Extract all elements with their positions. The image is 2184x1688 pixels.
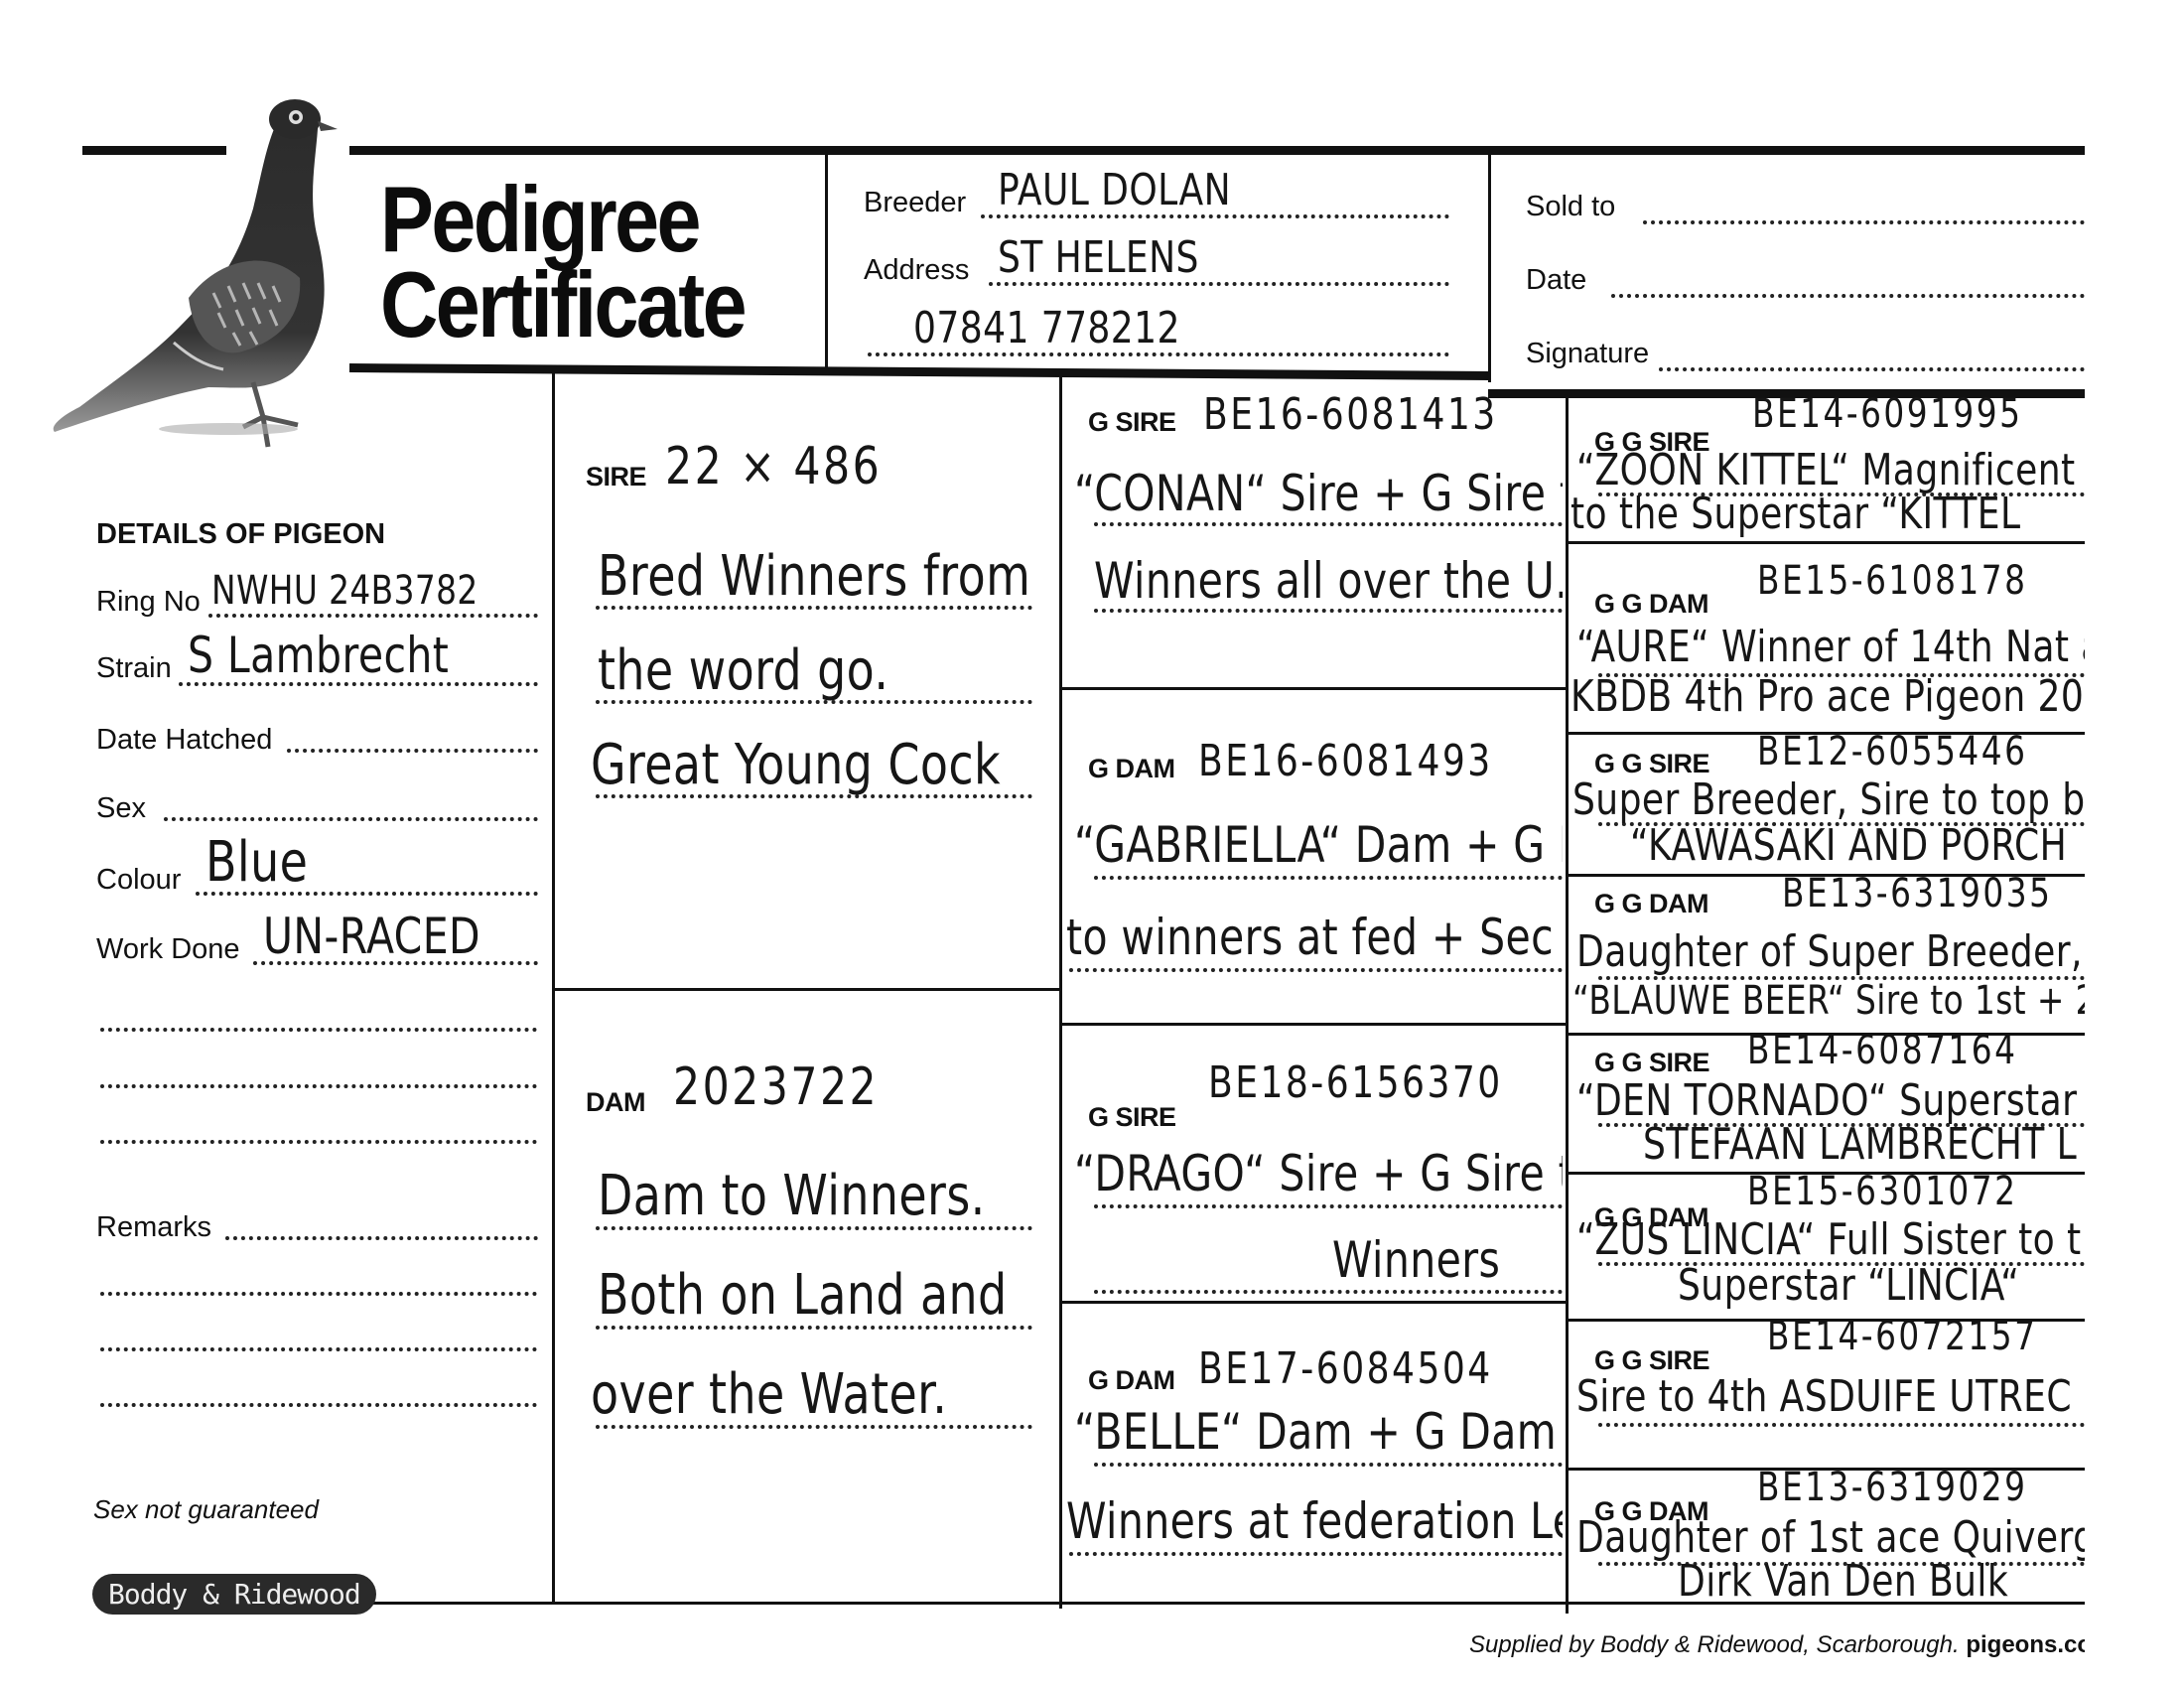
header-divider-1 [825,154,828,370]
great-granddam-1: G G DAM BE15-6108178 “AURE“ Winner of 14… [1569,544,2085,731]
great-granddam-1-label: G G DAM [1594,589,1708,620]
column-divider-details [552,369,555,1604]
grandsire-2-ring: BE18-6156370 [1208,1057,1503,1108]
extra-line-2[interactable] [100,1084,537,1088]
grandsire-2-line-2 [1094,1290,1563,1294]
sire-note-2: the word go. [598,638,888,703]
work-done-value: UN-RACED [263,908,480,965]
column-divider-parents [1059,375,1062,1609]
sire-note-3: Great Young Cock [591,733,1001,797]
extra-line-1[interactable] [100,1028,537,1032]
sold-to-label: Sold to [1526,191,1615,223]
bottom-rule [367,1602,2085,1605]
dam-note-1: Dam to Winners. [598,1164,986,1228]
granddam-2-label: G DAM [1088,1365,1175,1396]
grandparent-divider-3 [1061,1301,1566,1304]
grandparent-divider-1 [1061,687,1566,690]
footer-website-link[interactable]: pigeons.co [1966,1631,2085,1658]
great-granddam-2-label: G G DAM [1594,889,1708,919]
signature-field[interactable]: Signature [1526,336,2085,379]
ring-no-label: Ring No [96,586,201,619]
great-grandsire-4-line-1 [1598,1423,2085,1427]
granddam-1-note-2: to winners at fed + Sec level [1066,909,1563,966]
granddam-2-line-2 [1069,1552,1563,1556]
grandsire-2-note-2: Winners [1332,1231,1500,1289]
date-field[interactable]: Date [1526,262,2085,306]
grandsire-1-label: G SIRE [1088,407,1176,438]
great-grandsire-2: G G SIRE BE12-6055446 Super Breeder, Sir… [1569,735,2085,872]
work-done-label: Work Done [96,933,240,966]
address-label: Address [864,254,969,287]
top-rule-main [349,146,2085,155]
great-grandsire-3-note-2: STEFAAN LAMBRECHT L [1643,1119,2077,1170]
phone-field[interactable]: 07841 778212 [864,303,1449,357]
page-title: Pedigree Certificate [380,177,745,348]
great-granddam-1-ring: BE15-6108178 [1757,558,2027,604]
signature-dotted-line [1659,367,2085,371]
great-grandsire-4: G G SIRE BE14-6072157 Sire to 4th ASDUIF… [1569,1322,2085,1466]
breeder-label: Breeder [864,187,966,219]
great-grandsire-4-note-1: Sire to 4th ASDUIFE UTREC [1576,1371,2072,1422]
remarks-label: Remarks [96,1211,211,1244]
great-grandsire-1-note-2: to the Superstar “KITTEL [1570,489,2020,539]
dam-ring: 2023722 [673,1057,879,1117]
grandparent-divider-2 [1061,1023,1566,1026]
granddam-2-note-2: Winners at federation Level [1066,1492,1563,1550]
sire-label: SIRE [586,462,646,492]
great-grandsire-2-note-2: “KAWASAKI AND PORCH [1630,820,2067,871]
header-bottom-rule [349,363,1491,380]
date-dotted-line [1611,294,2085,298]
remarks-field[interactable]: Remarks [96,1209,538,1249]
dam-label: DAM [586,1087,645,1118]
phone-value: 07841 778212 [913,303,1180,353]
great-granddam-2-ring: BE13-6319035 [1782,877,2052,916]
great-granddam-2: G G DAM BE13-6319035 Daughter of Super B… [1569,877,2085,1031]
great-grandsire-4-ring: BE14-6072157 [1767,1322,2037,1359]
sex-not-guaranteed-note: Sex not guaranteed [93,1494,319,1525]
great-granddam-3-note-1: “ZUS LINCIA“ Full Sister to t [1576,1214,2082,1265]
strain-value: S Lambrecht [188,627,449,684]
sire-dam-divider [554,988,1060,991]
header-divider-2 [1488,154,1491,382]
remarks-line-3[interactable] [100,1347,537,1351]
breeder-value: PAUL DOLAN [998,165,1231,215]
sire-ring: 22 × 486 [665,437,882,496]
great-granddam-3: G G DAM BE15-6301072 “ZUS LINCIA“ Full S… [1569,1175,2085,1317]
dam-note-2: Both on Land and [598,1263,1008,1328]
granddam-2-line-1 [1094,1463,1563,1467]
date-label: Date [1526,264,1586,297]
ring-no-value: NWHU 24B3782 [211,568,478,614]
great-granddam-4-ring: BE13-6319029 [1757,1471,2027,1510]
granddam-1: G DAM BE16-6081493 “GABRIELLA“ Dam + G D… [1064,692,1563,1020]
great-granddam-4: G G DAM BE13-6319029 Daughter of 1st ace… [1569,1471,2085,1600]
great-grandsire-2-ring: BE12-6055446 [1757,735,2027,774]
great-granddam-1-note-1: “AURE“ Winner of 14th Nat ace [1576,622,2085,672]
granddam-1-ring: BE16-6081493 [1198,736,1493,786]
strain-label: Strain [96,652,172,685]
extra-line-3[interactable] [100,1140,537,1144]
grandsire-1: G SIRE BE16-6081413 “CONAN“ Sire + G Sir… [1064,395,1563,683]
grandsire-2-note-1: “DRAGO“ Sire + G Sire to [1074,1145,1563,1202]
colour-field[interactable]: Colour Blue [96,856,538,901]
granddam-1-note-1: “GABRIELLA“ Dam + G Dam [1074,816,1563,874]
sex-label: Sex [96,792,146,825]
grandsire-1-note-2: Winners all over the U.K [1094,552,1563,610]
remarks-dotted-line [225,1236,538,1240]
footer-supplied-by: Supplied by Boddy & Ridewood, Scarboroug… [1469,1631,2085,1659]
dam-section: DAM 2023722 Dam to Winners. Both on Land… [586,1053,1032,1569]
granddam-1-line-1 [1094,876,1563,880]
grandsire-1-line-1 [1094,522,1563,526]
address-field[interactable]: Address ST HELENS [864,238,1449,288]
granddam-2: G DAM BE17-6084504 “BELLE“ Dam + G Dam t… [1064,1306,1563,1600]
date-hatched-label: Date Hatched [96,724,272,757]
granddam-2-note-1: “BELLE“ Dam + G Dam to [1074,1403,1563,1461]
great-grandsire-1-ring: BE14-6091995 [1752,397,2022,437]
signature-label: Signature [1526,338,1649,370]
granddam-1-line-2 [1069,968,1563,972]
colour-label: Colour [96,864,181,897]
great-grandsire-3: G G SIRE BE14-6087164 “DEN TORNADO“ Supe… [1569,1036,2085,1170]
great-granddam-1-note-2: KBDB 4th Pro ace Pigeon 20 [1570,671,2084,722]
details-heading: DETAILS OF PIGEON [96,518,385,551]
boddy-ridewood-logo: Boddy & Ridewood [92,1574,376,1615]
grandsire-2: G SIRE BE18-6156370 “DRAGO“ Sire + G Sir… [1064,1028,1563,1298]
granddam-2-ring: BE17-6084504 [1198,1343,1493,1394]
grandsire-2-label: G SIRE [1088,1102,1176,1133]
great-granddam-2-note-2: “BLAUWE BEER“ Sire to 1st + 2nd ace N [1572,978,2085,1024]
great-grandsire-2-note-1: Super Breeder, Sire to top birds [1572,774,2085,825]
date-hatched-dotted-line [287,749,538,753]
sex-dotted-line [164,817,538,821]
ring-no-dotted-line [208,614,538,618]
sold-to-dotted-line [1643,220,2085,224]
footer-supplier-text: Supplied by Boddy & Ridewood, Scarboroug… [1469,1631,1960,1658]
title-line-1: Pedigree [380,177,745,262]
remarks-line-4[interactable] [100,1403,537,1407]
dam-note-3: over the Water. [591,1362,947,1427]
sold-to-field[interactable]: Sold to [1526,189,2085,232]
work-done-field[interactable]: Work Done UN-RACED [96,925,538,970]
colour-value: Blue [205,830,308,895]
strain-field[interactable]: Strain S Lambrecht [96,640,538,685]
date-hatched-field[interactable]: Date Hatched [96,722,538,762]
great-grandsire-3-ring: BE14-6087164 [1747,1036,2017,1073]
grandsire-1-note-1: “CONAN“ Sire + G Sire to [1074,465,1563,522]
granddam-1-label: G DAM [1088,754,1175,784]
great-grandsire-1: G G SIRE BE14-6091995 “ZOON KITTEL“ Magn… [1569,397,2085,539]
great-granddam-3-ring: BE15-6301072 [1747,1175,2017,1214]
top-rule-left [82,146,226,155]
title-line-2: Certificate [380,262,745,348]
sire-note-1: Bred Winners from [598,544,1030,609]
great-grandsire-3-label: G G SIRE [1594,1048,1709,1078]
address-value: ST HELENS [998,232,1199,283]
sire-section: SIRE 22 × 486 Bred Winners from the word… [586,427,1032,943]
grandsire-2-line-1 [1094,1204,1563,1208]
great-granddam-4-note-2: Dirk Van Den Bulk [1678,1556,2008,1600]
ring-no-field[interactable]: Ring No NWHU 24B3782 [96,576,538,621]
great-granddam-3-note-2: Superstar “LINCIA“ [1678,1260,2019,1311]
sex-field[interactable]: Sex [96,790,538,830]
remarks-line-2[interactable] [100,1292,537,1296]
breeder-field[interactable]: Breeder PAUL DOLAN [864,171,1449,220]
great-granddam-2-note-1: Daughter of Super Breeder, [1576,926,2083,977]
grandsire-1-ring: BE16-6081413 [1203,395,1498,440]
